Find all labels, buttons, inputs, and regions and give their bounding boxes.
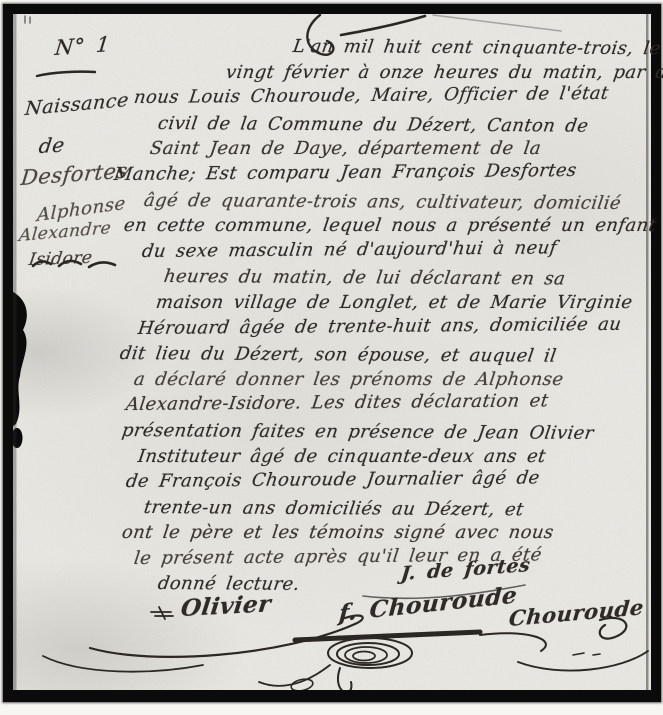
register-page: N° 1 Naissance de Desfortes Alphonse Ale… (13, 14, 651, 690)
right-edge-line (646, 14, 649, 690)
act-body: L'an mil huit cent cinquante-trois, le v… (128, 34, 643, 597)
olivier-paraph-mark (151, 607, 173, 619)
act-number: N° 1 (54, 32, 112, 60)
manuscript-line: présentation faites en présence de Jean … (120, 418, 644, 447)
margin-connector-de: de (38, 133, 67, 158)
central-spiral-paraph (259, 632, 546, 690)
signature-olivier: Olivier (179, 590, 272, 622)
manuscript-line: âgé de quarante-trois ans, cultivateur, … (142, 188, 644, 217)
manuscript-line: Alexandre-Isidore. Les dites déclaration… (124, 388, 645, 418)
manuscript-line: heures du matin, de lui déclarant en sa (162, 264, 644, 293)
manuscript-line: L'an mil huit cent cinquante-trois, le (291, 34, 644, 62)
ink-blot (13, 292, 27, 448)
manuscript-line: Manche; Est comparu Jean François Desfor… (112, 157, 645, 187)
act-number-dash (37, 72, 95, 76)
manuscript-scan: N° 1 Naissance de Desfortes Alphonse Ale… (0, 0, 663, 715)
manuscript-line: nous Louis Chouroude, Maire, Officier de… (132, 81, 645, 111)
manuscript-line: dit lieu du Dézert, son épouse, et auque… (118, 341, 644, 370)
margin-title-naissance: Naissance (24, 89, 130, 120)
signature-chouroude: Chouroude (508, 594, 645, 631)
left-gutter-streak (13, 14, 17, 690)
olivier-underline (43, 616, 363, 672)
manuscript-line: du sexe masculin né d'aujourd'hui à neuf (140, 234, 645, 264)
margin-child-firstname-3: Isidore (28, 248, 94, 270)
manuscript-line: le présent acte après qu'il leur en a ét… (132, 541, 645, 571)
manuscript-line: Hérouard âgée de trente-huit ans, domici… (136, 311, 645, 341)
margin-child-firstname-2: Alexandre (18, 218, 112, 246)
manuscript-line: de François Chouroude Journalier âgé de (124, 465, 645, 495)
